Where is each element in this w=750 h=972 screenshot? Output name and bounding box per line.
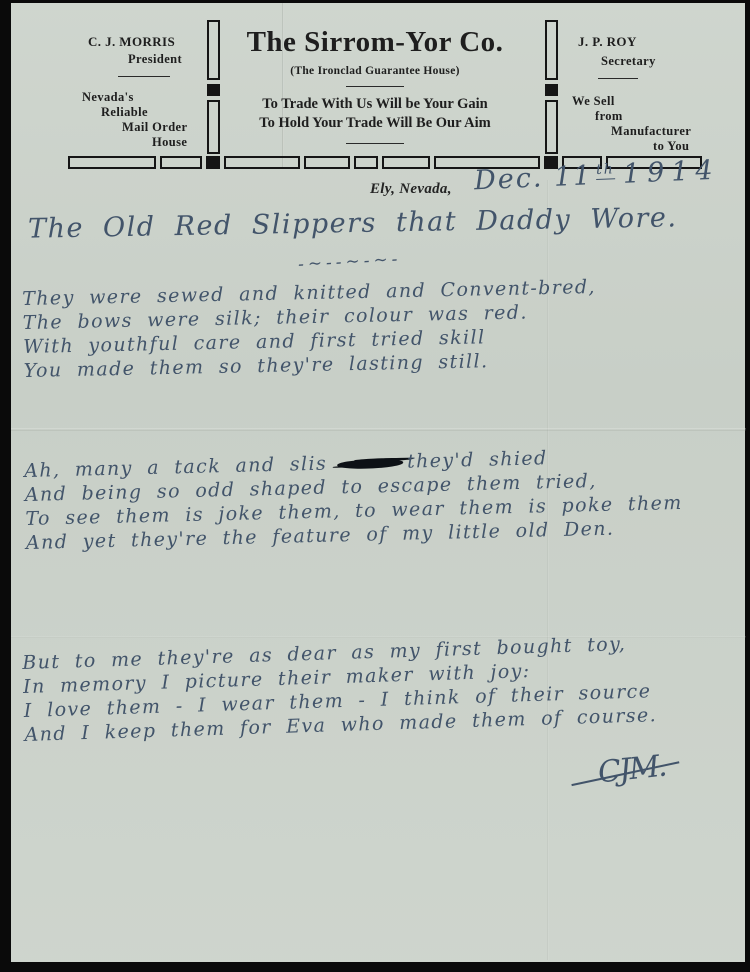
title-underline-dashes: -~--~-~- bbox=[298, 249, 402, 274]
company-name: The Sirrom-Yor Co. bbox=[226, 26, 524, 59]
date-year: 1914 bbox=[622, 155, 720, 190]
letter-content: C. J. MORRIS President Nevada's Reliable… bbox=[0, 0, 750, 972]
vertical-bar-ornament bbox=[207, 100, 220, 154]
date-month-day: Dec. 11 bbox=[473, 160, 593, 196]
horizontal-bar-joint bbox=[206, 156, 220, 169]
horizontal-bar-segment bbox=[354, 156, 378, 169]
horizontal-fold-crease bbox=[11, 636, 746, 638]
ink-blot bbox=[337, 458, 403, 469]
horizontal-bar-segment bbox=[224, 156, 300, 169]
divider-rule bbox=[118, 76, 170, 77]
company-subtitle: (The Ironclad Guarantee House) bbox=[226, 65, 524, 77]
horizontal-bar-segment bbox=[382, 156, 430, 169]
tagline-right-3: Manufacturer bbox=[611, 124, 691, 139]
vertical-bar-ornament bbox=[207, 84, 220, 96]
vertical-bar-ornament bbox=[545, 100, 558, 154]
officer-name-left: C. J. MORRIS bbox=[88, 34, 175, 50]
vertical-bar-ornament bbox=[545, 20, 558, 80]
signature-initials: CJM. bbox=[596, 749, 667, 791]
poem-line-text: they'd shied bbox=[407, 447, 548, 472]
horizontal-bar-segment bbox=[68, 156, 156, 169]
poem-title: The Old Red Slippers that Daddy Wore. bbox=[28, 202, 678, 244]
officer-name-right: J. P. ROY bbox=[578, 34, 637, 50]
date-ordinal: th bbox=[596, 161, 615, 180]
divider-rule bbox=[598, 78, 638, 79]
horizontal-fold-crease bbox=[11, 428, 746, 431]
officer-title-left: President bbox=[128, 52, 182, 67]
horizontal-bar-segment bbox=[304, 156, 350, 169]
tagline-left-4: House bbox=[152, 135, 187, 150]
tagline-right-1: We Sell bbox=[572, 94, 615, 109]
vertical-bar-ornament bbox=[207, 20, 220, 80]
vertical-bar-ornament bbox=[545, 84, 558, 96]
tagline-left-3: Mail Order bbox=[122, 120, 187, 135]
officer-title-right: Secretary bbox=[601, 54, 656, 69]
dateline-place: Ely, Nevada, bbox=[370, 181, 452, 198]
slogan-line-2: To Hold Your Trade Will Be Our Aim bbox=[226, 114, 524, 133]
divider-rule bbox=[346, 86, 404, 87]
tagline-right-2: from bbox=[595, 109, 623, 124]
tagline-right-4: to You bbox=[653, 139, 689, 154]
slogan-line-1: To Trade With Us Will be Your Gain bbox=[226, 95, 524, 114]
tagline-left-2: Reliable bbox=[101, 105, 148, 120]
letterhead-center: The Sirrom-Yor Co. (The Ironclad Guarant… bbox=[226, 26, 524, 152]
signature-monogram: CJM. bbox=[596, 749, 667, 791]
divider-rule bbox=[346, 143, 404, 144]
horizontal-bar-segment bbox=[160, 156, 202, 169]
tagline-left-1: Nevada's bbox=[82, 90, 134, 105]
